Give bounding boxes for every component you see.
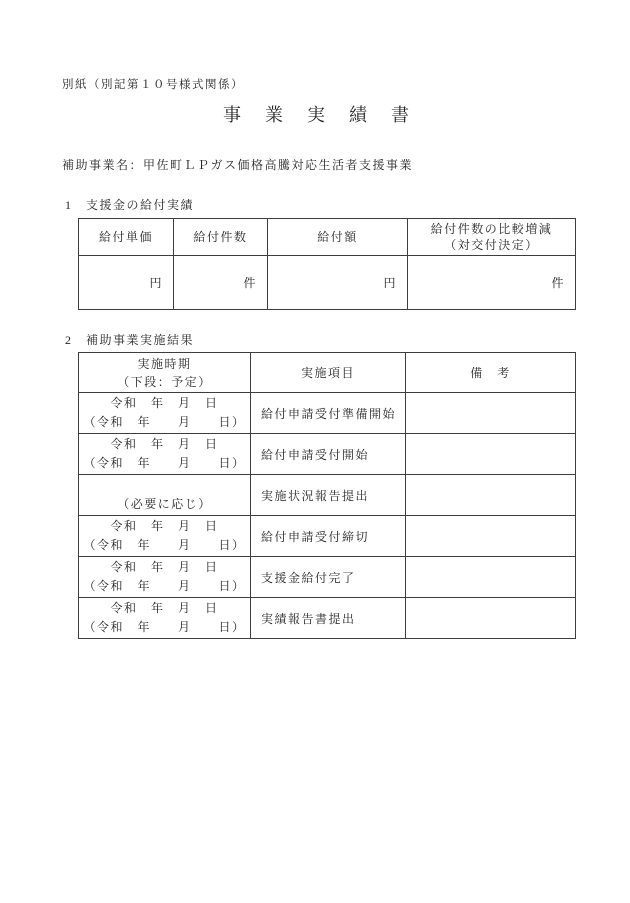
count-header: 給付件数	[174, 219, 268, 256]
note-cell	[406, 516, 576, 557]
table-row: （必要に応じ） 実施状況報告提出	[79, 475, 576, 516]
period-cell: （必要に応じ）	[79, 475, 251, 516]
period-line2: （必要に応じ）	[79, 495, 250, 514]
note-cell	[406, 475, 576, 516]
note-cell	[406, 393, 576, 434]
item-cell: 給付申請受付準備開始	[251, 393, 406, 434]
item-cell: 支援金給付完了	[251, 557, 406, 598]
grant-results-header-row: 給付単価 給付件数 給付額 給付件数の比較増減 （対交付決定）	[79, 219, 576, 256]
grant-results-table: 給付単価 給付件数 給付額 給付件数の比較増減 （対交付決定） 円 件 円 件	[78, 218, 576, 310]
note-cell	[406, 434, 576, 475]
period-cell: 令和 年 月 日 （令和 年 月 日）	[79, 393, 251, 434]
period-line2: （令和 年 月 日）	[79, 536, 250, 555]
period-cell: 令和 年 月 日 （令和 年 月 日）	[79, 598, 251, 639]
attachment-note: 別紙（別記第１０号様式関係）	[62, 76, 244, 92]
period-cell: 令和 年 月 日 （令和 年 月 日）	[79, 516, 251, 557]
note-cell	[406, 557, 576, 598]
unit-price-value: 円	[79, 256, 174, 310]
period-header: 実施時期 （下段：予定）	[79, 353, 251, 393]
amount-header: 給付額	[268, 219, 408, 256]
item-cell: 給付申請受付締切	[251, 516, 406, 557]
document-title: 事 業 実 績 書	[62, 101, 573, 127]
note-header: 備 考	[406, 353, 576, 393]
period-line1: 令和 年 月 日	[79, 599, 250, 618]
period-line2: （令和 年 月 日）	[79, 454, 250, 473]
table-row: 令和 年 月 日 （令和 年 月 日） 給付申請受付締切	[79, 516, 576, 557]
diff-header-line2: （対交付決定）	[408, 237, 575, 253]
grant-results-value-row: 円 件 円 件	[79, 256, 576, 310]
section2-heading: 2 補助事業実施結果	[65, 331, 194, 348]
period-header-line2: （下段：予定）	[79, 373, 250, 391]
table-row: 令和 年 月 日 （令和 年 月 日） 支援金給付完了	[79, 557, 576, 598]
document-page: 別紙（別記第１０号様式関係） 事 業 実 績 書 補助事業名：甲佐町ＬＰガス価格…	[0, 0, 630, 903]
unit-price-header: 給付単価	[79, 219, 174, 256]
implementation-header-row: 実施時期 （下段：予定） 実施項目 備 考	[79, 353, 576, 393]
item-cell: 給付申請受付開始	[251, 434, 406, 475]
project-name-line: 補助事業名：甲佐町ＬＰガス価格高騰対応生活者支援事業	[62, 156, 413, 173]
period-line2: （令和 年 月 日）	[79, 413, 250, 432]
implementation-results-table: 実施時期 （下段：予定） 実施項目 備 考 令和 年 月 日 （令和 年 月 日…	[78, 352, 576, 639]
amount-value: 円	[268, 256, 408, 310]
table-row: 令和 年 月 日 （令和 年 月 日） 給付申請受付開始	[79, 434, 576, 475]
table-row: 令和 年 月 日 （令和 年 月 日） 給付申請受付準備開始	[79, 393, 576, 434]
table-row: 令和 年 月 日 （令和 年 月 日） 実績報告書提出	[79, 598, 576, 639]
period-cell: 令和 年 月 日 （令和 年 月 日）	[79, 557, 251, 598]
period-line1: 令和 年 月 日	[79, 394, 250, 413]
item-header: 実施項目	[251, 353, 406, 393]
section1-heading: 1 支援金の給付実績	[65, 196, 194, 213]
item-cell: 実績報告書提出	[251, 598, 406, 639]
period-line1: 令和 年 月 日	[79, 517, 250, 536]
item-cell: 実施状況報告提出	[251, 475, 406, 516]
diff-header-line1: 給付件数の比較増減	[408, 221, 575, 237]
diff-header: 給付件数の比較増減 （対交付決定）	[408, 219, 576, 256]
count-value: 件	[174, 256, 268, 310]
period-line1	[79, 476, 250, 495]
diff-value: 件	[408, 256, 576, 310]
period-line1: 令和 年 月 日	[79, 558, 250, 577]
period-line2: （令和 年 月 日）	[79, 577, 250, 596]
period-header-line1: 実施時期	[79, 355, 250, 373]
period-line2: （令和 年 月 日）	[79, 618, 250, 637]
note-cell	[406, 598, 576, 639]
period-line1: 令和 年 月 日	[79, 435, 250, 454]
period-cell: 令和 年 月 日 （令和 年 月 日）	[79, 434, 251, 475]
